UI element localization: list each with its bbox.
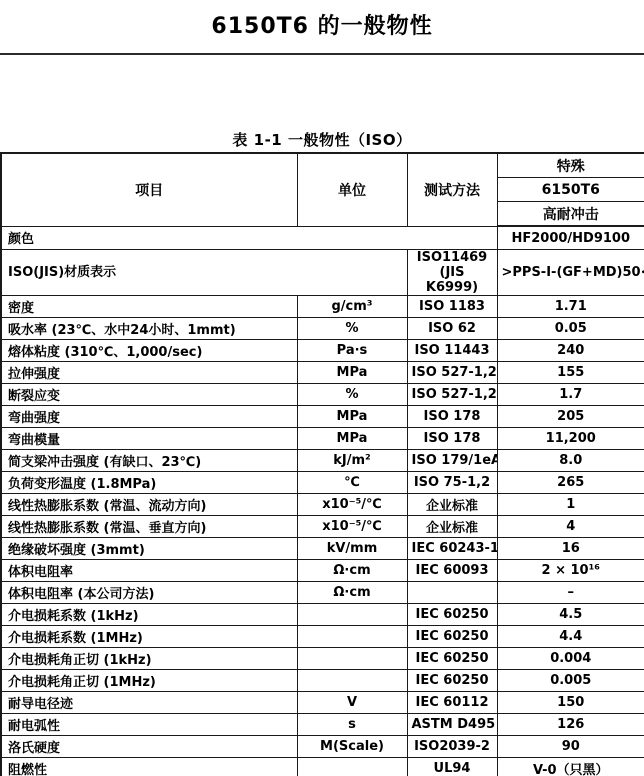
method-cell: IEC 60093 (407, 560, 497, 582)
table-row: ISO(JIS)材质表示ISO11469 (JIS K6999)>PPS-I-(… (1, 250, 644, 296)
value-cell: >PPS-I-(GF+MD)50< (497, 250, 644, 296)
property-name-cell: 弯曲强度 (1, 406, 297, 428)
unit-cell: x10⁻⁵/℃ (297, 494, 407, 516)
property-name-cell: 耐导电径迹 (1, 692, 297, 714)
property-name-cell: 线性热膨胀系数 (常温、流动方向) (1, 494, 297, 516)
method-cell: IEC 60250 (407, 626, 497, 648)
value-cell: 0.05 (497, 318, 644, 340)
table-caption: 表 1-1 一般物性（ISO） (0, 131, 644, 149)
method-cell: ISO 11443 (407, 340, 497, 362)
value-cell: 0.005 (497, 670, 644, 692)
table-row: 弯曲强度MPaISO 178205 (1, 406, 644, 428)
unit-cell: kJ/m² (297, 450, 407, 472)
col-header-grade: 6150T6 (497, 178, 644, 202)
table-row: 密度g/cm³ISO 11831.71 (1, 296, 644, 318)
method-cell: ISO 527-1,2 (407, 384, 497, 406)
unit-cell: MPa (297, 428, 407, 450)
property-name-cell: 介电损耗角正切 (1MHz) (1, 670, 297, 692)
method-cell: ISO 1183 (407, 296, 497, 318)
value-cell: 11,200 (497, 428, 644, 450)
unit-cell (297, 604, 407, 626)
value-cell: 155 (497, 362, 644, 384)
unit-cell: % (297, 318, 407, 340)
method-cell: IEC 60250 (407, 648, 497, 670)
property-name-cell: 密度 (1, 296, 297, 318)
table-row: 弯曲模量MPaISO 17811,200 (1, 428, 644, 450)
property-name-cell: 绝缘破坏强度 (3mmt) (1, 538, 297, 560)
value-cell: 90 (497, 736, 644, 758)
table-row: 耐导电径迹VIEC 60112150 (1, 692, 644, 714)
value-cell: 0.004 (497, 648, 644, 670)
table-body: 颜色HF2000/HD9100ISO(JIS)材质表示ISO11469 (JIS… (1, 226, 644, 776)
unit-cell: M(Scale) (297, 736, 407, 758)
value-cell: 1.7 (497, 384, 644, 406)
value-cell: 4.4 (497, 626, 644, 648)
table-row: 简支梁冲击强度 (有缺口、23℃)kJ/m²ISO 179/1eA8.0 (1, 450, 644, 472)
method-cell: IEC 60112 (407, 692, 497, 714)
method-cell: ISO 527-1,2 (407, 362, 497, 384)
value-cell: 2 × 10¹⁶ (497, 560, 644, 582)
table-row: 线性热膨胀系数 (常温、垂直方向)x10⁻⁵/℃企业标准4 (1, 516, 644, 538)
method-cell: IEC 60243-1 (407, 538, 497, 560)
property-name-cell: 体积电阻率 (本公司方法) (1, 582, 297, 604)
table-row: 熔体粘度 (310℃、1,000/sec)Pa·sISO 11443240 (1, 340, 644, 362)
value-cell: V-0（只黑） (497, 758, 644, 776)
property-name-cell: 吸水率 (23℃、水中24小时、1mmt) (1, 318, 297, 340)
unit-cell (297, 626, 407, 648)
property-name-cell: 介电损耗角正切 (1kHz) (1, 648, 297, 670)
table-row: 耐电弧性sASTM D495126 (1, 714, 644, 736)
unit-cell (297, 758, 407, 776)
property-name-cell: 简支梁冲击强度 (有缺口、23℃) (1, 450, 297, 472)
value-cell: 205 (497, 406, 644, 428)
unit-cell: Pa·s (297, 340, 407, 362)
method-cell: ISO 179/1eA (407, 450, 497, 472)
property-name-cell: 颜色 (1, 226, 497, 250)
method-cell: UL94 (407, 758, 497, 776)
property-name-cell: 断裂应变 (1, 384, 297, 406)
col-header-item: 项目 (1, 153, 297, 226)
table-row: 负荷变形温度 (1.8MPa)℃ISO 75-1,2265 (1, 472, 644, 494)
property-name-cell: 阻燃性 (1, 758, 297, 776)
col-header-method: 测试方法 (407, 153, 497, 226)
table-row: 体积电阻率 (本公司方法)Ω·cm– (1, 582, 644, 604)
unit-cell: MPa (297, 362, 407, 384)
method-cell: ISO11469 (JIS K6999) (407, 250, 497, 296)
property-name-cell: 体积电阻率 (1, 560, 297, 582)
table-row: 颜色HF2000/HD9100 (1, 226, 644, 250)
value-cell: 4 (497, 516, 644, 538)
value-cell: 126 (497, 714, 644, 736)
property-name-cell: 弯曲模量 (1, 428, 297, 450)
method-cell: ISO 62 (407, 318, 497, 340)
method-cell: IEC 60250 (407, 604, 497, 626)
method-cell: IEC 60250 (407, 670, 497, 692)
table-row: 介电损耗系数 (1MHz)IEC 602504.4 (1, 626, 644, 648)
method-cell: 企业标准 (407, 494, 497, 516)
table-row: 介电损耗角正切 (1MHz)IEC 602500.005 (1, 670, 644, 692)
unit-cell: V (297, 692, 407, 714)
header-row-1: 项目 单位 测试方法 特殊 (1, 153, 644, 178)
col-header-grade-group: 特殊 (497, 153, 644, 178)
table-row: 洛氏硬度M(Scale)ISO2039-290 (1, 736, 644, 758)
method-cell: ASTM D495 (407, 714, 497, 736)
value-cell: 240 (497, 340, 644, 362)
property-name-cell: 耐电弧性 (1, 714, 297, 736)
property-name-cell: 负荷变形温度 (1.8MPa) (1, 472, 297, 494)
value-cell: 1.71 (497, 296, 644, 318)
table-row: 断裂应变%ISO 527-1,21.7 (1, 384, 644, 406)
value-cell: 265 (497, 472, 644, 494)
table-row: 线性热膨胀系数 (常温、流动方向)x10⁻⁵/℃企业标准1 (1, 494, 644, 516)
col-header-unit: 单位 (297, 153, 407, 226)
method-cell: ISO 178 (407, 428, 497, 450)
table-row: 绝缘破坏强度 (3mmt)kV/mmIEC 60243-116 (1, 538, 644, 560)
table-row: 体积电阻率Ω·cmIEC 600932 × 10¹⁶ (1, 560, 644, 582)
table-row: 介电损耗系数 (1kHz)IEC 602504.5 (1, 604, 644, 626)
unit-cell: Ω·cm (297, 560, 407, 582)
value-cell: 4.5 (497, 604, 644, 626)
title-divider (0, 53, 644, 55)
table-row: 吸水率 (23℃、水中24小时、1mmt)%ISO 620.05 (1, 318, 644, 340)
property-name-cell: 线性热膨胀系数 (常温、垂直方向) (1, 516, 297, 538)
property-name-cell: 熔体粘度 (310℃、1,000/sec) (1, 340, 297, 362)
table-header: 项目 单位 测试方法 特殊 6150T6 高耐冲击 (1, 153, 644, 226)
property-name-cell: 拉伸强度 (1, 362, 297, 384)
unit-cell: ℃ (297, 472, 407, 494)
value-cell: 150 (497, 692, 644, 714)
method-cell: ISO 75-1,2 (407, 472, 497, 494)
value-cell: 8.0 (497, 450, 644, 472)
value-cell: 1 (497, 494, 644, 516)
value-cell: 16 (497, 538, 644, 560)
value-cell: – (497, 582, 644, 604)
method-cell: ISO2039-2 (407, 736, 497, 758)
method-cell: ISO 178 (407, 406, 497, 428)
unit-cell (297, 670, 407, 692)
method-cell (407, 582, 497, 604)
property-name-cell: 介电损耗系数 (1MHz) (1, 626, 297, 648)
unit-cell: s (297, 714, 407, 736)
col-header-grade-note: 高耐冲击 (497, 202, 644, 227)
table-row: 阻燃性UL94V-0（只黑） (1, 758, 644, 776)
unit-cell (297, 648, 407, 670)
property-name-cell: ISO(JIS)材质表示 (1, 250, 407, 296)
property-name-cell: 洛氏硬度 (1, 736, 297, 758)
page-title: 6150T6 的一般物性 (0, 0, 644, 42)
unit-cell: % (297, 384, 407, 406)
method-cell: 企业标准 (407, 516, 497, 538)
unit-cell: g/cm³ (297, 296, 407, 318)
unit-cell: x10⁻⁵/℃ (297, 516, 407, 538)
table-row: 拉伸强度MPaISO 527-1,2155 (1, 362, 644, 384)
properties-table: 项目 单位 测试方法 特殊 6150T6 高耐冲击 颜色HF2000/HD910… (0, 152, 644, 776)
unit-cell: MPa (297, 406, 407, 428)
document-page: 6150T6 的一般物性 表 1-1 一般物性（ISO） 项目 单位 测试方法 … (0, 0, 644, 776)
table-row: 介电损耗角正切 (1kHz)IEC 602500.004 (1, 648, 644, 670)
value-cell: HF2000/HD9100 (497, 226, 644, 250)
unit-cell: kV/mm (297, 538, 407, 560)
unit-cell: Ω·cm (297, 582, 407, 604)
property-name-cell: 介电损耗系数 (1kHz) (1, 604, 297, 626)
